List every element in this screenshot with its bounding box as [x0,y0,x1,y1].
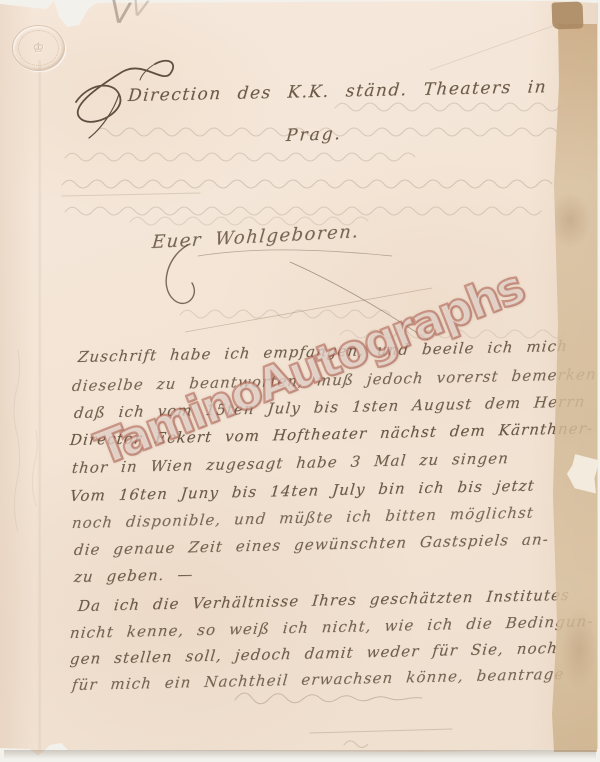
vertical-fold-crease [38,60,42,750]
address-line-2: Prag. [285,124,342,146]
letter-photo: ♔ V V Direction des K.K. ständ. Theaters… [0,0,600,762]
crown-icon: ♔ [33,41,45,56]
embossed-seal: ♔ [12,25,65,71]
paper-edge-shadow [4,750,596,759]
body-line: zu geben. — [73,565,194,586]
tape-strip [552,24,597,752]
tape-remnant [552,1,584,29]
seal-inner-ring: ♔ [18,30,59,66]
